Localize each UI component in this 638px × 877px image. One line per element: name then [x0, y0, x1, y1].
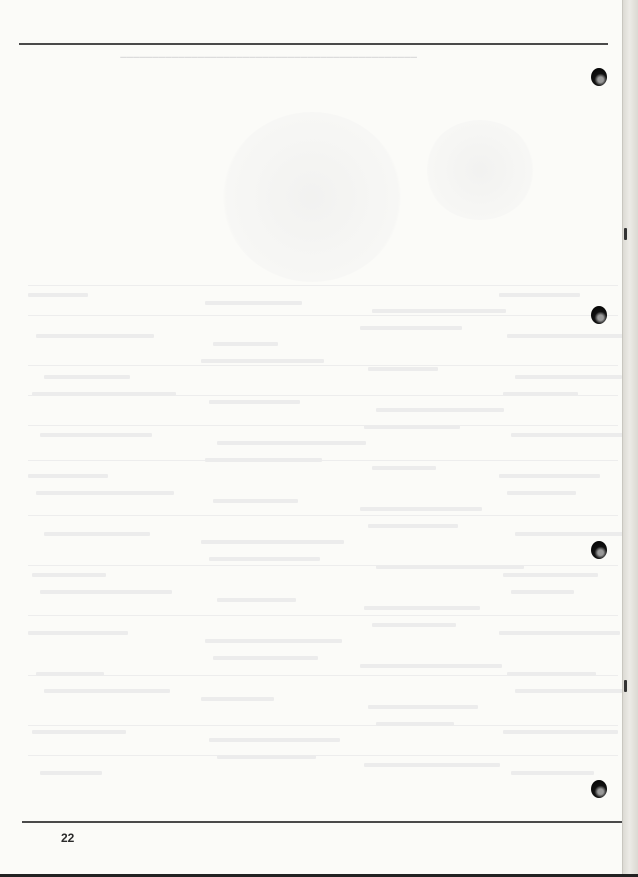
bleed-through-table: [28, 285, 618, 805]
bleed-through-text: [217, 441, 366, 445]
bleed-through-line: [28, 755, 618, 756]
edge-tab: [624, 680, 627, 692]
bleed-through-text: [44, 375, 130, 379]
bleed-through-image-small: [425, 120, 535, 220]
bleed-through-text: [205, 301, 302, 305]
top-rule: [19, 43, 608, 45]
bleed-through-text: [376, 722, 454, 726]
bleed-through-text: [28, 293, 88, 297]
punch-hole: [591, 306, 607, 324]
bleed-through-text: [372, 623, 456, 627]
bleed-through-text: [32, 573, 106, 577]
bleed-through-text: [503, 730, 618, 734]
bleed-through-text: [36, 334, 154, 338]
punch-hole: [591, 780, 607, 798]
bleed-through-line: [28, 425, 618, 426]
bleed-through-text: [213, 499, 298, 503]
bleed-through-text: [515, 532, 638, 536]
bleed-through-line: [28, 725, 618, 726]
bleed-through-text: [372, 466, 436, 470]
punch-hole: [591, 541, 607, 559]
bleed-through-text: [507, 672, 596, 676]
bleed-through-text: [511, 433, 638, 437]
bleed-through-text: [368, 367, 438, 371]
bleed-through-text: [217, 598, 296, 602]
bleed-through-text: [209, 738, 340, 742]
bleed-through-text: [205, 458, 322, 462]
bleed-through-line: [28, 615, 618, 616]
page-edge: [622, 0, 638, 877]
bleed-through-text: [44, 689, 170, 693]
bleed-through-line: [28, 460, 618, 461]
bleed-through-line: [28, 285, 618, 286]
bleed-through-header: ▁▁▁▁▁▁▁▁▁▁▁▁▁▁▁▁▁▁▁▁▁▁▁▁▁▁▁▁▁▁▁▁▁▁▁▁▁▁▁▁…: [120, 49, 417, 58]
bleed-through-text: [376, 408, 504, 412]
bleed-through-text: [376, 565, 524, 569]
bleed-through-text: [372, 309, 506, 313]
bleed-through-text: [28, 474, 108, 478]
bleed-through-text: [360, 664, 502, 668]
bleed-through-image-large: [222, 112, 402, 282]
bleed-through-text: [217, 755, 316, 759]
bleed-through-text: [368, 705, 478, 709]
bleed-through-text: [213, 342, 278, 346]
bleed-through-text: [28, 631, 128, 635]
bleed-through-text: [201, 540, 344, 544]
bleed-through-text: [40, 590, 172, 594]
bleed-through-text: [364, 606, 480, 610]
bleed-through-text: [32, 730, 126, 734]
bleed-through-text: [209, 557, 320, 561]
bleed-through-text: [36, 491, 174, 495]
bleed-through-text: [511, 771, 594, 775]
bleed-through-text: [201, 697, 274, 701]
bleed-through-text: [360, 507, 482, 511]
bleed-through-text: [503, 573, 598, 577]
bleed-through-text: [205, 639, 342, 643]
bleed-through-text: [40, 771, 102, 775]
bleed-through-text: [507, 334, 638, 338]
bleed-through-text: [213, 656, 318, 660]
bleed-through-text: [515, 375, 622, 379]
punch-hole: [591, 68, 607, 86]
document-page: ▁▁▁▁▁▁▁▁▁▁▁▁▁▁▁▁▁▁▁▁▁▁▁▁▁▁▁▁▁▁▁▁▁▁▁▁▁▁▁▁…: [0, 0, 622, 877]
page-number: 22: [61, 831, 74, 845]
bleed-through-text: [368, 524, 458, 528]
bleed-through-text: [499, 293, 580, 297]
bleed-through-text: [499, 631, 620, 635]
bleed-through-text: [499, 474, 600, 478]
bleed-through-line: [28, 315, 618, 316]
bleed-through-text: [40, 433, 152, 437]
bottom-rule: [22, 821, 622, 823]
bleed-through-text: [44, 532, 150, 536]
bleed-through-text: [364, 425, 460, 429]
bleed-through-line: [28, 565, 618, 566]
bleed-through-line: [28, 515, 618, 516]
bleed-through-text: [32, 392, 176, 396]
bleed-through-text: [36, 672, 104, 676]
bleed-through-text: [507, 491, 576, 495]
bleed-through-text: [201, 359, 324, 363]
bleed-through-text: [364, 763, 500, 767]
bleed-through-text: [209, 400, 300, 404]
bleed-through-text: [515, 689, 638, 693]
bleed-through-line: [28, 365, 618, 366]
edge-tab: [624, 228, 627, 240]
bleed-through-text: [360, 326, 462, 330]
bleed-through-text: [511, 590, 574, 594]
bleed-through-text: [503, 392, 578, 396]
